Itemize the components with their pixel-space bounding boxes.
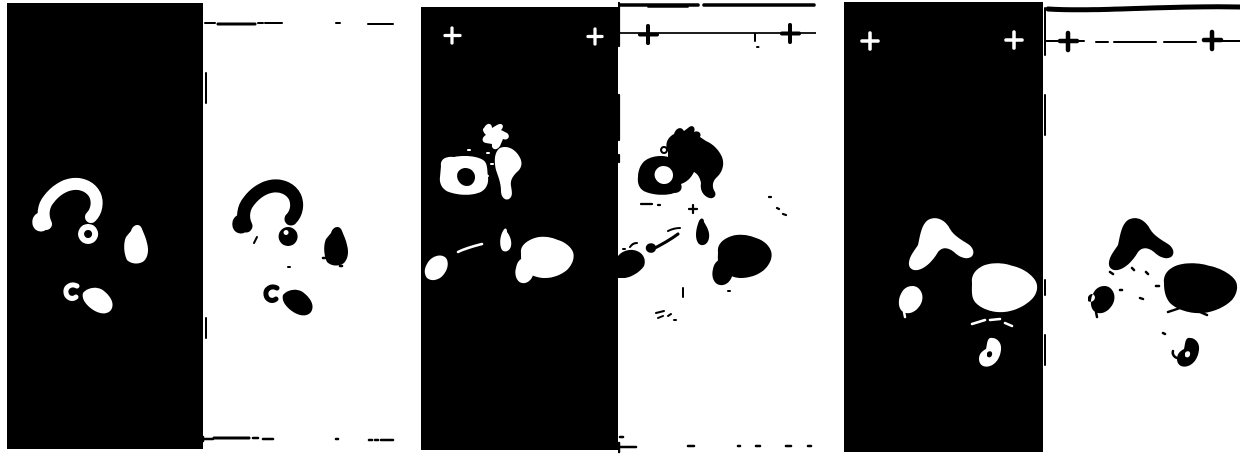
ball-notch [284, 230, 289, 235]
pill-hook [66, 285, 77, 298]
streak-end-blob [646, 243, 656, 253]
lower-pill-blob [283, 290, 313, 316]
fiducial-cross-left [1060, 33, 1077, 50]
right-pear-blob [324, 227, 348, 265]
p6-shape-layer [1044, 0, 1240, 456]
panel-5-binary-white-on-black-with-crosses [844, 2, 1043, 452]
panel-3-binary-white-on-black-with-crosses [421, 7, 618, 450]
lower-pill-blob [83, 288, 113, 314]
fiducial-cross-right [1006, 32, 1022, 48]
speck-row [641, 197, 786, 215]
panel-2-binary-black-on-white [203, 0, 421, 456]
fiducial-cross-left [862, 33, 878, 49]
p3-shape-layer [421, 7, 618, 450]
p5-shape-layer [844, 2, 1043, 452]
left-edge-blob [618, 250, 645, 278]
iliac-block-with-hole [440, 156, 488, 195]
fiducial-cross-right [1204, 32, 1221, 49]
p2-shape-layer [203, 0, 421, 456]
ear-tail-tick [1173, 351, 1177, 358]
spiky-top-blob [483, 124, 509, 149]
small-ball-blob [279, 227, 298, 246]
swoosh-blob [1109, 218, 1174, 270]
p1-shape-layer [7, 3, 203, 449]
streak-tick [668, 228, 680, 231]
pelvic-arch-blob [244, 186, 297, 226]
thin-streak [458, 244, 482, 252]
right-pear-blob [124, 225, 148, 263]
p4-shape-layer [618, 0, 816, 456]
left-edge-blob-ticks [623, 243, 637, 249]
fiducial-cross-left [445, 28, 460, 43]
panel-4-binary-black-on-white-with-crosses [618, 0, 816, 456]
left-edge-blob [425, 256, 448, 281]
swoosh-blob [909, 218, 974, 270]
panel-6-binary-black-on-white-with-crosses [1044, 0, 1240, 456]
line-tick-and-dot [755, 34, 759, 47]
round-blob [712, 259, 733, 285]
ring-speck [661, 147, 667, 153]
ear-comma-blob [1177, 338, 1199, 367]
top-border-line [1048, 7, 1240, 10]
left-round-blob [899, 286, 923, 313]
under-streaks [972, 319, 1012, 326]
small-wedge-blob [500, 228, 511, 251]
corner-mark [619, 437, 623, 452]
fiducial-cross-right [588, 29, 602, 44]
small-ring-blob [81, 227, 95, 241]
ear-comma-blob [979, 338, 1001, 367]
big-kidney-blob [1164, 263, 1237, 313]
pelvic-arch-blob [44, 184, 97, 224]
left-blob-tail [904, 312, 905, 317]
bottom-specks [656, 288, 730, 320]
binary-scan-figure [0, 0, 1240, 456]
fiducial-cross-right [782, 25, 799, 42]
right-lobe-blob [495, 147, 522, 200]
teardrop-blob [696, 218, 709, 245]
bottom-dashed-border [618, 446, 811, 447]
round-blob [515, 258, 534, 283]
fiducial-cross-left [640, 26, 657, 43]
big-kidney-blob [972, 263, 1037, 312]
left-blob-tail [1096, 312, 1097, 317]
pill-hook [266, 287, 277, 300]
pelvic-cluster-with-hole [638, 126, 723, 198]
left-round-blob [1088, 286, 1114, 313]
panel-1-binary-white-on-black [7, 3, 203, 449]
